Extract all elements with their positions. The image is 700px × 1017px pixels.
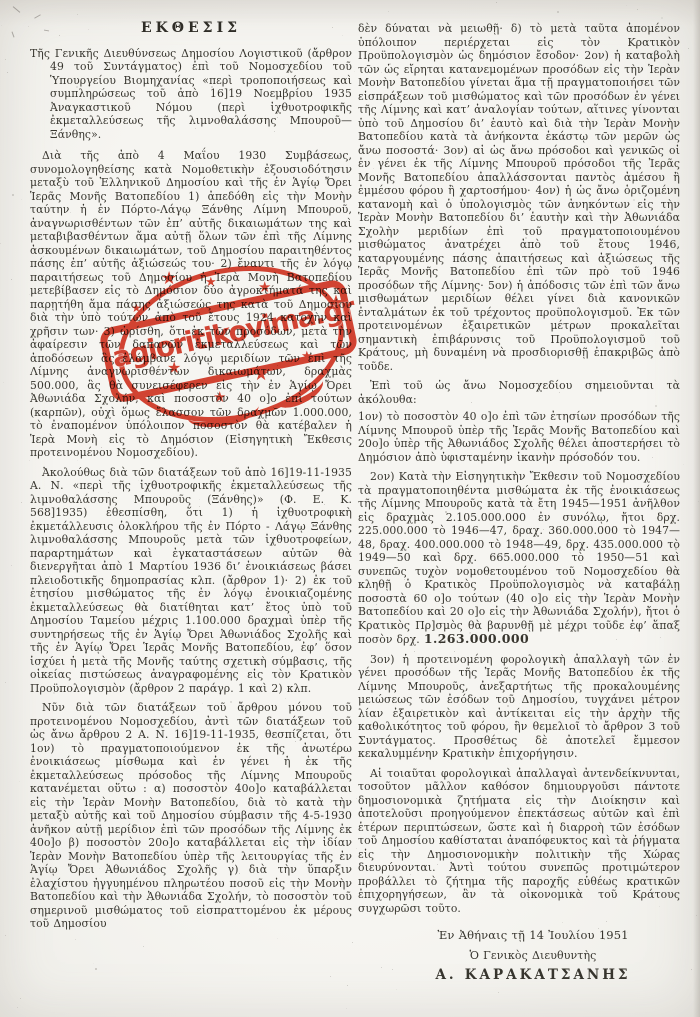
closing-paragraph: Αἱ τοιαῦται φορολογικαὶ ἀπαλλαγαὶ ἀντενδ… [358,767,680,916]
right-column: δὲν δύναται νὰ μειωθῇ· δ) τὸ μετὰ ταῦτα … [358,22,680,983]
note-3-paragraph: 3ον) ἡ προτεινομένη φορολογικὴ ἀπαλλαγὴ … [358,653,680,761]
signature-block: Ἐν Ἀθήναις τῇ 14 Ἰουλίου 1951 Ὁ Γενικὸς … [358,929,680,983]
left-column: ΕΚΘΕΣΙΣ Τῆς Γενικῆς Διευθύνσεως Δημοσίου… [30,22,352,935]
notes-intro-line: Ἐπὶ τοῦ ὡς ἄνω Νομοσχεδίου σημειοῦνται τ… [358,379,680,406]
signature-name: Α. ΚΑΡΑΚΑΤΣΑΝΗΣ [386,969,680,983]
total-burden-amount: 1.263.000.000 [424,631,529,646]
signature-role: Ὁ Γενικὸς Διευθυντὴς [386,949,680,963]
note-2-paragraph: 2ον) Κατὰ τὴν Εἰσηγητικὴν Ἔκθεσιν τοῦ Νο… [358,470,680,647]
report-subject-paragraph: Τῆς Γενικῆς Διευθύνσεως Δημοσίου Λογιστι… [30,47,352,142]
left-paragraph-1: Διὰ τῆς ἀπὸ 4 Μαΐου 1930 Συμβάσεως, συνο… [30,149,352,460]
signature-place-date: Ἐν Ἀθήναις τῇ 14 Ἰουλίου 1951 [386,929,680,943]
note-2-text: 2ον) Κατὰ τὴν Εἰσηγητικὴν Ἔκθεσιν τοῦ Νο… [358,470,680,646]
left-paragraph-3: Νῦν διὰ τῶν διατάξεων τοῦ ἄρθρου μόνου τ… [30,701,352,931]
right-continuation-paragraph: δὲν δύναται νὰ μειωθῇ· δ) τὸ μετὰ ταῦτα … [358,22,680,373]
left-paragraph-2: Ἀκολούθως διὰ τῶν διατάξεων τοῦ ἀπὸ 16]1… [30,466,352,696]
scanned-document-page: ΕΚΘΕΣΙΣ Τῆς Γενικῆς Διευθύνσεως Δημοσίου… [0,0,700,1017]
note-1-paragraph: 1ον) τὸ ποσοστὸν 40 ο]ο ἐπὶ τῶν ἐτησίων … [358,410,680,464]
report-title: ΕΚΘΕΣΙΣ [30,22,352,36]
